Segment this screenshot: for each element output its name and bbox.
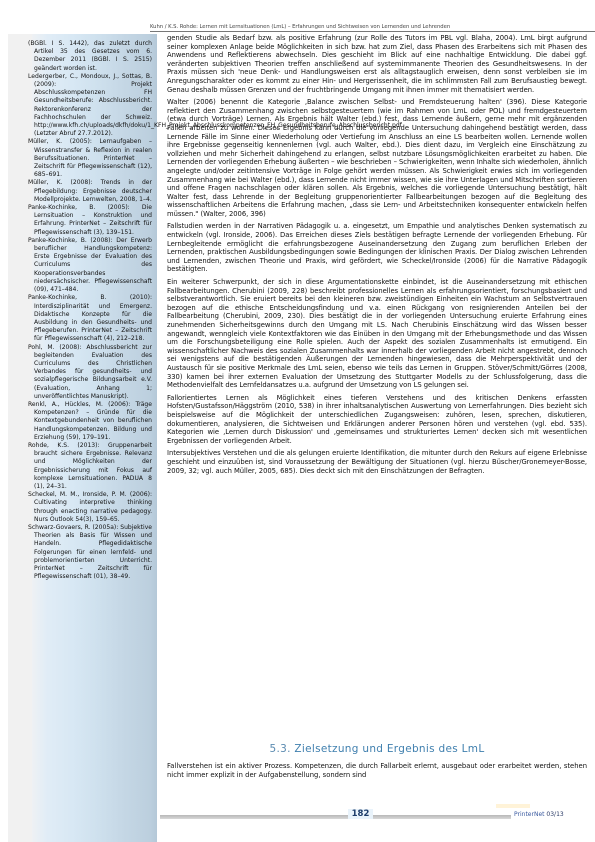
issue-number: 03/13 — [546, 811, 563, 818]
journal-highlight — [496, 804, 530, 808]
reference-item: Müller, K. (2005): Lernaufgaben – Wissen… — [28, 138, 152, 179]
body-paragraph: genden Studie als Bedarf bzw. als positi… — [167, 34, 587, 94]
reference-list: (BGBl. I S. 1442), das zuletzt durch Art… — [28, 40, 152, 581]
reference-item: Panke-Kochinke, B. (2008): Der Erwerb be… — [28, 237, 152, 294]
footer-rule-right — [373, 815, 511, 819]
reference-item: (BGBl. I S. 1442), das zuletzt durch Art… — [28, 40, 152, 73]
reference-item: Rohde, K.S. (2013): Gruppenarbeit brauch… — [28, 442, 152, 491]
section-heading: 5.3. Zielsetzung und Ergebnis des LmL — [167, 743, 587, 755]
journal-issue: PrinterNet 03/13 — [514, 811, 564, 818]
reference-item: Panke-Kochinke, B. (2005): Die Lernsitua… — [28, 204, 152, 237]
body-paragraph: Fallorientiertes Lernen als Möglichkeit … — [167, 394, 587, 446]
section-number: 5.3. — [270, 743, 291, 755]
body-paragraph: Fallstudien werden in der Narrativen Päd… — [167, 222, 587, 274]
reference-item: Ledergerber, C., Mondoux, J., Sottas, B.… — [28, 73, 152, 139]
reference-item: Panke-Kochinke, B. (2010): Interdiszipli… — [28, 294, 152, 343]
footer-rule-left — [160, 815, 348, 819]
body-paragraph: Intersubjektives Verstehen und die als g… — [167, 449, 587, 475]
running-head: Kuhn / K.S. Rohde: Lernen mit Lernsituat… — [150, 24, 595, 32]
reference-item: Renkl, A., Hückles, M. (2006): Träge Kom… — [28, 401, 152, 442]
journal-name: PrinterNet — [514, 811, 545, 818]
reference-item: Müller, K. (2008): Trends in der Pflegeb… — [28, 179, 152, 204]
body-paragraph: Fallverstehen ist ein aktiver Prozess. K… — [167, 762, 587, 779]
references-sidebar: (BGBl. I S. 1442), das zuletzt durch Art… — [0, 34, 157, 842]
reference-item: Pohl, M. (2008): Abschlussbericht zur be… — [28, 344, 152, 401]
body-paragraph: Walter (2006) benennt die Kategorie ‚Bal… — [167, 98, 587, 218]
main-text-column: genden Studie als Bedarf bzw. als positi… — [167, 34, 587, 479]
reference-item: Scheckel, M. M., Ironside, P. M. (2006):… — [28, 491, 152, 524]
section-title: Zielsetzung und Ergebnis des LmL — [294, 743, 484, 755]
body-paragraph: Ein weiterer Schwerpunkt, der sich in di… — [167, 278, 587, 390]
page-number: 182 — [348, 809, 373, 819]
reference-item: Schwarz-Govaers, R. (2005a): Subjektive … — [28, 524, 152, 581]
